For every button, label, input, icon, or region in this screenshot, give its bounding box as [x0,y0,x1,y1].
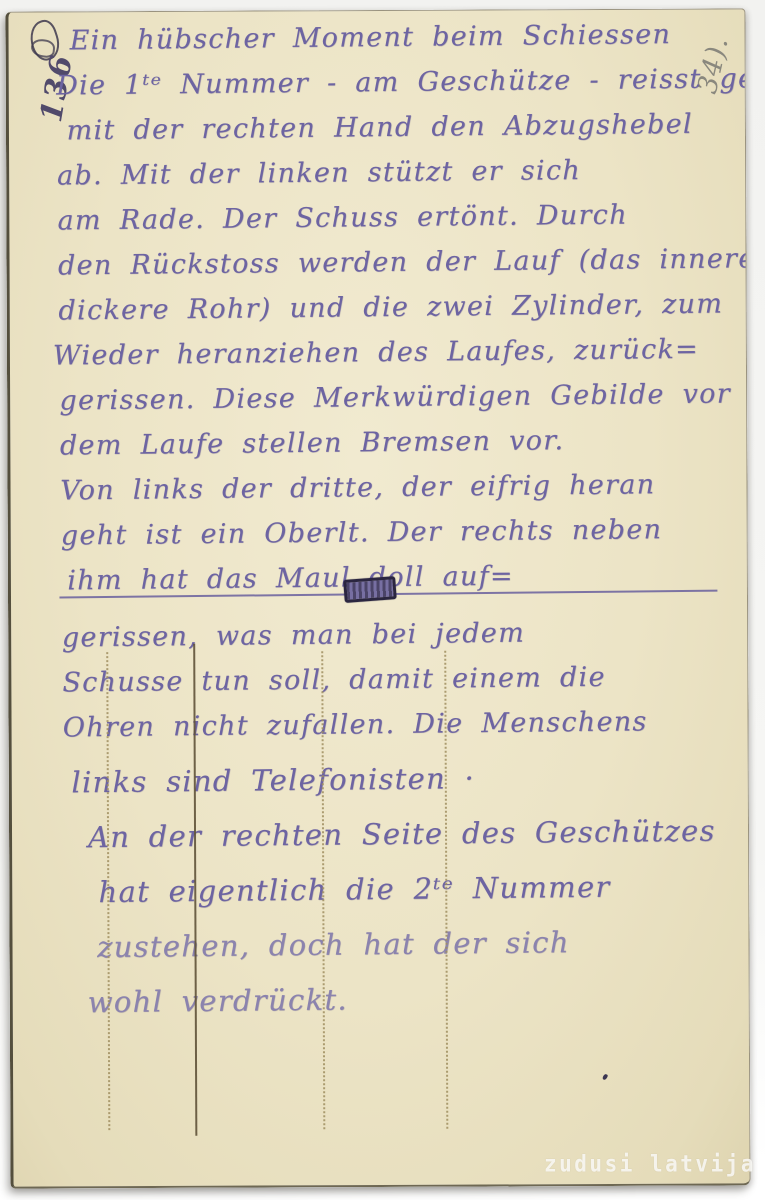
handwritten-line: ihm hat das Maul doll auf= [67,551,743,603]
handwritten-line: dem Laufe stellen Bremsen vor. [60,416,742,468]
archive-watermark: zudusi latvija [544,1151,756,1177]
handwritten-line: am Rade. Der Schuss ertönt. Durch [57,191,739,243]
handwritten-line: links sind Telefonisten · [71,753,745,805]
handwritten-line: An der rechten Seite des Geschützes [88,808,746,860]
handwritten-line: dickere Rohr) und die zwei Zylinder, zum [58,281,740,333]
handwritten-line: gerissen. Diese Merkwürdigen Gebilde vor [59,371,741,423]
photo-background: 136 34). Ein hübscher Moment beim Schies… [0,0,765,1200]
handwritten-line: Die 1ᵗᵉ Nummer - am Geschütze - reisst g… [56,56,738,108]
handwritten-line: Ein hübscher Moment beim Schiessen [69,11,737,63]
handwritten-line: gerissen, was man bei jedem [62,608,744,660]
postcard: 136 34). Ein hübscher Moment beim Schies… [5,8,750,1188]
handwritten-text-block: Ein hübscher Moment beim SchiessenDie 1ᵗ… [55,11,748,1025]
handwritten-line: Ohren nicht zufallen. Die Menschens [63,698,745,750]
ink-speck [602,1073,608,1080]
scratched-word-box [343,576,397,603]
handwritten-line: Schusse tun soll, damit einem die [62,653,744,705]
handwritten-line: ab. Mit der linken stützt er sich [57,146,739,198]
handwritten-line: wohl verdrückt. [87,973,747,1025]
handwritten-line: Wieder heranziehen des Laufes, zurück= [53,326,741,378]
handwritten-line: geht ist ein Oberlt. Der rechts neben [61,506,743,558]
handwritten-line: den Rückstoss werden der Lauf (das inner… [58,236,740,288]
handwritten-line: mit der rechten Hand den Abzugshebel [66,101,738,153]
handwritten-line: Von links der dritte, der eifrig heran [60,461,742,513]
